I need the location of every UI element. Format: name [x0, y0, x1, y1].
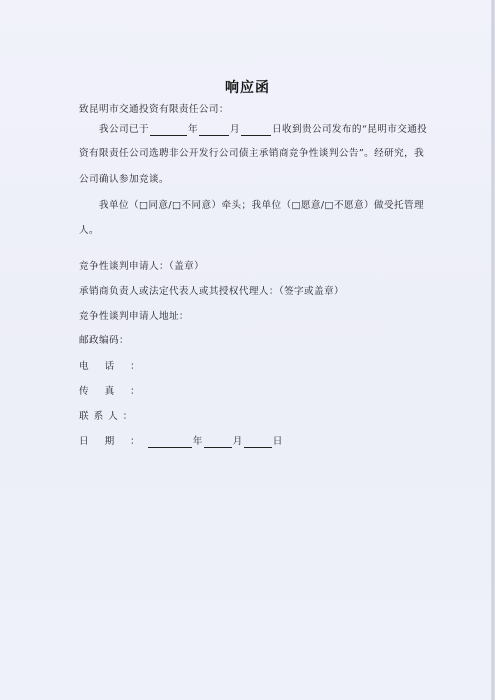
paragraph1-line2: 资有限责任公司选聘非公开发行公司债主承销商竞争性谈判公告”。经研究，我 [79, 148, 424, 160]
date-year-suffix: 年 [193, 436, 203, 447]
document-page: 响应函 致昆明市交通投资有限责任公司： 我公司已于年月日收到贵公司发布的“昆明市… [0, 0, 495, 700]
day-blank[interactable] [241, 125, 271, 136]
field-applicant: 竞争性谈判申请人：（盖章） [79, 261, 204, 273]
paragraph1-prefix: 我公司已于 [99, 124, 149, 135]
paragraph2-line1: 我单位（□同意/□不同意）牵头；我单位（□愿意/□不愿意）做受托管理 [99, 200, 424, 212]
year-suffix: 年 [188, 124, 198, 135]
field-representative: 承销商负责人或法定代表人或其授权代理人：（签字或盖章） [79, 286, 344, 298]
field-phone: 电话： [79, 361, 156, 373]
page-edge [491, 0, 495, 700]
field-label: 电话： [79, 361, 156, 373]
salutation: 致昆明市交通投资有限责任公司： [79, 104, 229, 116]
paragraph1-line3: 公司确认参加竞谈。 [79, 174, 169, 186]
field-address: 竞争性谈判申请人地址： [79, 311, 189, 323]
field-label: 竞争性谈判申请人： [79, 261, 169, 272]
year-blank[interactable] [150, 125, 187, 136]
field-label: 传真： [79, 386, 156, 398]
field-fax: 传真： [79, 386, 156, 398]
field-label: 邮政编码： [79, 335, 129, 346]
field-label: 竞争性谈判申请人地址： [79, 311, 189, 322]
paragraph2-line2: 人。 [79, 225, 99, 237]
paragraph1-line1: 我公司已于年月日收到贵公司发布的“昆明市交通投 [99, 124, 427, 136]
day-suffix: 日收到贵公司发布的“昆明市交通投 [272, 124, 427, 135]
document-title: 响应函 [0, 77, 495, 97]
date-row: 日期：年月日 [79, 436, 283, 448]
month-suffix: 月 [230, 124, 240, 135]
field-postcode: 邮政编码： [79, 335, 129, 347]
date-year-blank[interactable] [148, 437, 192, 448]
date-month-suffix: 月 [233, 436, 243, 447]
date-month-blank[interactable] [204, 437, 232, 448]
field-note: （盖章） [169, 261, 204, 272]
date-day-blank[interactable] [244, 437, 272, 448]
month-blank[interactable] [199, 125, 229, 136]
field-note: （签字或盖章） [279, 286, 344, 297]
field-label: 联系人： [79, 411, 137, 423]
field-contact: 联系人： [79, 411, 137, 423]
field-label: 承销商负责人或法定代表人或其授权代理人： [79, 286, 279, 297]
date-day-suffix: 日 [273, 436, 283, 447]
date-label: 日期： [79, 436, 156, 448]
